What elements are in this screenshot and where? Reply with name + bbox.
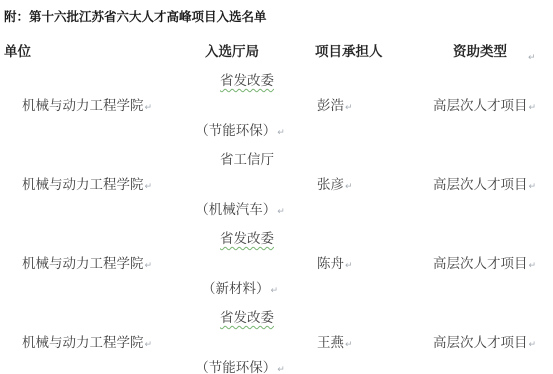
person-text: 陈舟 xyxy=(317,256,344,272)
bureau-text: 省发改委 xyxy=(220,231,274,247)
cell-unit: 机械与动力工程学院↵ xyxy=(22,94,152,114)
cell-person: 陈舟↵ xyxy=(317,252,353,272)
cell-bureau-note: （机械汽车）↵ xyxy=(182,198,298,218)
paragraph-mark-icon: ↵ xyxy=(277,128,285,138)
paragraph-mark-icon: ↵ xyxy=(529,103,537,113)
paragraph-mark-icon: ↵ xyxy=(277,365,285,374)
cell-bureau-note: （新材料）↵ xyxy=(182,277,298,297)
attachment-title: 附：第十六批江苏省六大人才高峰项目入选名单 xyxy=(4,7,267,25)
cell-unit: 机械与动力工程学院↵ xyxy=(22,173,152,193)
paragraph-mark-icon: ↵ xyxy=(529,182,537,192)
bureau-note-text: （机械汽车） xyxy=(195,202,276,218)
cell-unit: 机械与动力工程学院↵ xyxy=(22,252,152,272)
person-text: 彭浩 xyxy=(317,98,344,114)
paragraph-mark-icon: ↵ xyxy=(145,182,153,192)
cell-bureau: 省发改委 xyxy=(192,227,302,247)
bureau-text: 省工信厅 xyxy=(220,152,274,168)
type-text: 高层次人才项目 xyxy=(433,98,528,114)
bureau-text: 省发改委 xyxy=(220,310,274,326)
paragraph-mark-icon: ↵ xyxy=(145,261,153,271)
unit-text: 机械与动力工程学院 xyxy=(22,335,144,351)
person-text: 王燕 xyxy=(317,335,344,351)
cell-type: 高层次人才项目↵ xyxy=(433,94,536,114)
unit-text: 机械与动力工程学院 xyxy=(22,98,144,114)
paragraph-mark-icon: ↵ xyxy=(145,103,153,113)
paragraph-mark-icon: ↵ xyxy=(345,182,353,192)
column-header-bureau: 入选厅局 xyxy=(205,40,259,60)
table-row: 省发改委 机械与动力工程学院↵ 王燕↵ 高层次人才项目↵ （节能环保）↵ xyxy=(0,301,553,374)
document-page: 附：第十六批江苏省六大人才高峰项目入选名单 单位 入选厅局 项目承担人 资助类型… xyxy=(0,0,553,374)
paragraph-mark-icon: ↵ xyxy=(345,103,353,113)
paragraph-mark-icon: ↵ xyxy=(345,261,353,271)
cell-type: 高层次人才项目↵ xyxy=(433,252,536,272)
table-row: 省工信厅 机械与动力工程学院↵ 张彦↵ 高层次人才项目↵ （机械汽车）↵ xyxy=(0,143,553,222)
cell-bureau: 省工信厅 xyxy=(192,148,302,168)
cell-person: 王燕↵ xyxy=(317,331,353,351)
unit-text: 机械与动力工程学院 xyxy=(22,177,144,193)
table-row: 省发改委 机械与动力工程学院↵ 陈舟↵ 高层次人才项目↵ （新材料）↵ xyxy=(0,222,553,301)
cell-type: 高层次人才项目↵ xyxy=(433,173,536,193)
bureau-note-text: （新材料） xyxy=(202,281,270,297)
cell-type: 高层次人才项目↵ xyxy=(433,331,536,351)
bureau-note-text: （节能环保） xyxy=(195,360,276,374)
cell-bureau: 省发改委 xyxy=(192,306,302,326)
type-text: 高层次人才项目 xyxy=(433,177,528,193)
paragraph-mark-icon: ↵ xyxy=(529,340,537,350)
paragraph-mark-icon: ↵ xyxy=(528,53,536,63)
paragraph-mark-icon: ↵ xyxy=(529,261,537,271)
person-text: 张彦 xyxy=(317,177,344,193)
column-header-person: 项目承担人 xyxy=(315,40,383,60)
paragraph-mark-icon: ↵ xyxy=(277,207,285,217)
cell-bureau-note: （节能环保）↵ xyxy=(182,356,298,374)
paragraph-mark-icon: ↵ xyxy=(145,340,153,350)
cell-bureau: 省发改委 xyxy=(192,69,302,89)
cell-person: 张彦↵ xyxy=(317,173,353,193)
cell-person: 彭浩↵ xyxy=(317,94,353,114)
cell-bureau-note: （节能环保）↵ xyxy=(182,119,298,139)
unit-text: 机械与动力工程学院 xyxy=(22,256,144,272)
type-text: 高层次人才项目 xyxy=(433,256,528,272)
paragraph-mark-icon: ↵ xyxy=(345,340,353,350)
cell-unit: 机械与动力工程学院↵ xyxy=(22,331,152,351)
table-row: 省发改委 机械与动力工程学院↵ 彭浩↵ 高层次人才项目↵ （节能环保）↵ xyxy=(0,64,553,143)
column-header-type: 资助类型 xyxy=(453,40,507,60)
column-header-unit: 单位 xyxy=(4,40,31,60)
bureau-note-text: （节能环保） xyxy=(195,123,276,139)
paragraph-mark-icon: ↵ xyxy=(270,286,278,296)
bureau-text: 省发改委 xyxy=(220,73,274,89)
table-body: 省发改委 机械与动力工程学院↵ 彭浩↵ 高层次人才项目↵ （节能环保）↵ 省工信… xyxy=(0,64,553,374)
type-text: 高层次人才项目 xyxy=(433,335,528,351)
